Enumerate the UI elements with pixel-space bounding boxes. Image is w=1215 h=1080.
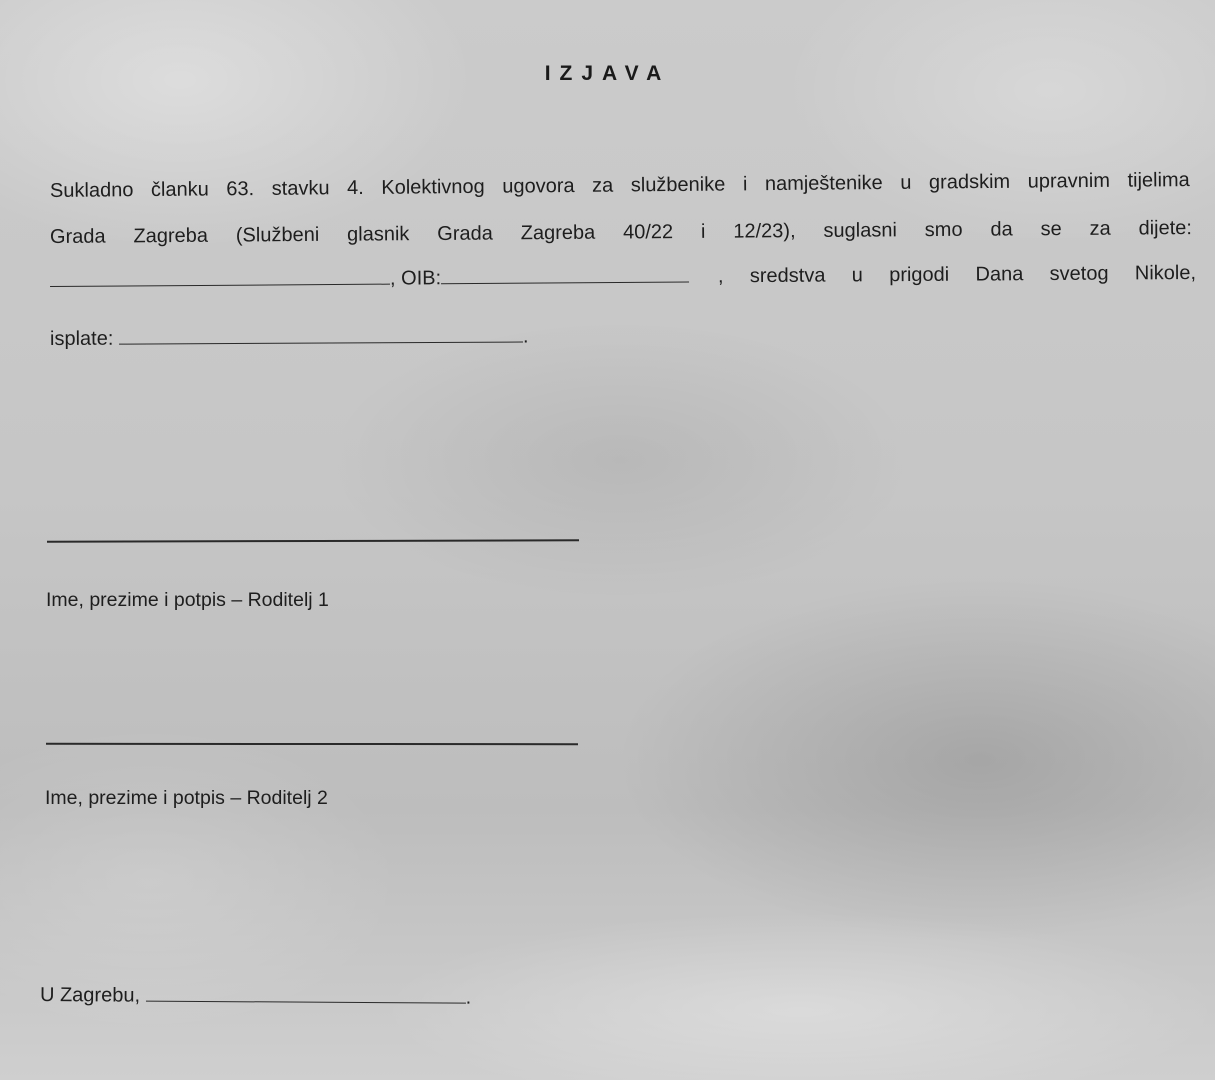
word: dijete:	[1138, 217, 1192, 240]
end-period: .	[523, 325, 529, 347]
word: 4.	[347, 177, 364, 200]
word: 40/22	[623, 221, 673, 244]
word: Dana	[975, 263, 1023, 286]
word: i	[701, 221, 706, 244]
word: ugovora	[502, 175, 574, 199]
isplate-field[interactable]	[119, 324, 523, 345]
word: 63.	[226, 178, 254, 201]
word: upravnim	[1028, 170, 1110, 194]
word: Grada	[437, 223, 493, 246]
word: i	[743, 173, 748, 196]
word: stavku	[272, 177, 330, 201]
word: u	[852, 264, 863, 287]
word: Kolektivnog	[381, 176, 485, 200]
word: sredstva	[750, 265, 826, 289]
word: Grada	[50, 226, 106, 249]
paragraph-line-4: isplate: .	[50, 323, 529, 351]
word: (Službeni	[236, 224, 320, 248]
word: svetog	[1050, 263, 1109, 286]
word: namještenike	[765, 172, 883, 196]
paragraph-line-3-tail: ,sredstvauprigodiDanasvetogNikole,	[718, 262, 1196, 288]
word: članku	[151, 178, 209, 202]
word: za	[592, 175, 613, 198]
word: suglasni	[823, 219, 897, 243]
word: Nikole,	[1135, 262, 1196, 285]
word: za	[1089, 218, 1110, 241]
word: tijelima	[1127, 169, 1189, 193]
word: gradskim	[929, 171, 1010, 195]
word: prigodi	[889, 264, 949, 287]
word: ,	[718, 265, 724, 288]
word: Zagreba	[133, 225, 208, 249]
oib-field[interactable]	[441, 264, 689, 285]
word: Zagreba	[521, 222, 596, 246]
signature-label-parent-2: Ime, prezime i potpis – Roditelj 2	[45, 787, 328, 810]
date-end-period: .	[466, 987, 472, 1009]
word: se	[1040, 218, 1061, 241]
word: u	[900, 172, 911, 195]
oib-label: , OIB:	[390, 267, 441, 290]
word: glasnik	[347, 223, 409, 246]
word: smo	[925, 219, 963, 242]
place-date-line: U Zagrebu, .	[40, 982, 471, 1010]
date-field[interactable]	[146, 983, 466, 1004]
word: 12/23),	[733, 220, 795, 243]
word: Sukladno	[50, 179, 134, 203]
place-label: U Zagrebu,	[40, 984, 140, 1007]
child-name-field[interactable]	[50, 266, 390, 287]
document-title: IZJAVA	[0, 62, 1215, 86]
signature-label-parent-1: Ime, prezime i potpis – Roditelj 1	[46, 589, 329, 612]
isplate-label: isplate:	[50, 328, 113, 350]
word: službenike	[631, 174, 726, 198]
word: da	[990, 218, 1012, 241]
